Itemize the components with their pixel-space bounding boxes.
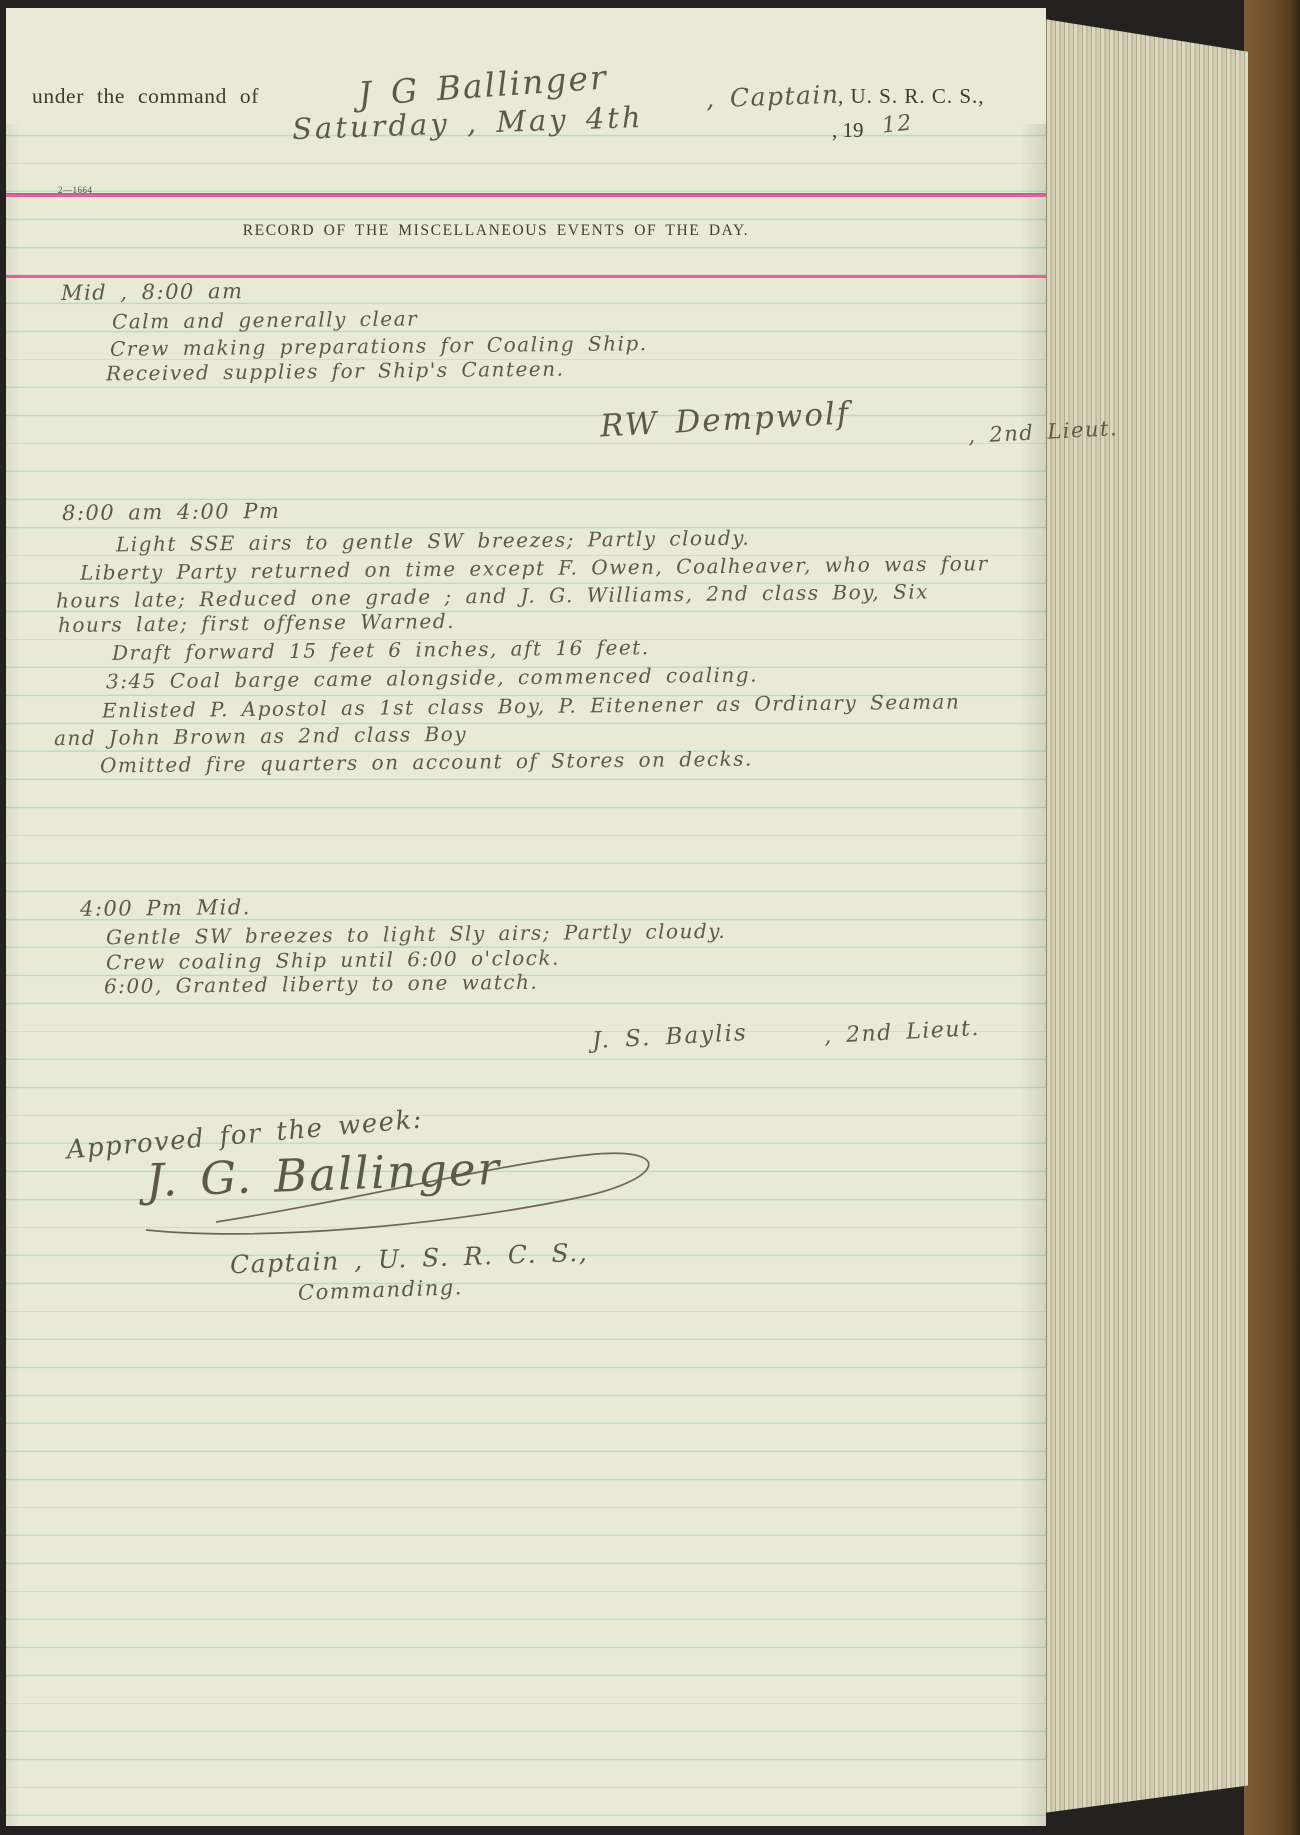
logbook-page: under the command of J G Ballinger , Cap…	[6, 8, 1046, 1826]
book-binding-edge	[1244, 0, 1300, 1835]
printed-command-label: under the command of	[32, 84, 259, 109]
log-line: Crew making preparations for Coaling Shi…	[110, 331, 648, 361]
rank-captain-handwritten: , Captain	[706, 80, 840, 114]
log-line: Received supplies for Ship's Canteen.	[106, 357, 565, 386]
officer-signature: RW Dempwolf	[599, 395, 851, 444]
officer-rank: , 2nd Lieut.	[823, 1016, 980, 1049]
log-line: hours late; first offense Warned.	[58, 609, 455, 637]
log-line: 6:00, Granted liberty to one watch.	[104, 970, 538, 999]
log-line: Light SSE airs to gentle SW breezes; Par…	[116, 526, 750, 557]
approval-signature: J. G. Ballinger	[145, 1142, 502, 1207]
service-printed: , U. S. R. C. S.,	[838, 84, 985, 109]
logbook-scan: under the command of J G Ballinger , Cap…	[0, 0, 1300, 1835]
log-line: Draft forward 15 feet 6 inches, aft 16 f…	[112, 635, 650, 665]
officer-signature: J. S. Baylis	[591, 1020, 748, 1054]
log-line: Omitted fire quarters on account of Stor…	[100, 747, 753, 778]
section-title: RECORD OF THE MISCELLANEOUS EVENTS OF TH…	[6, 222, 1046, 240]
watch-period: 8:00 am 4:00 Pm	[62, 499, 281, 525]
approval-commanding: Commanding.	[298, 1275, 464, 1305]
log-line: Calm and generally clear	[112, 306, 418, 333]
year-printed-prefix: , 19	[832, 118, 864, 143]
log-line: Gentle SW breezes to light Sly airs; Par…	[106, 919, 726, 949]
watch-period: 4:00 Pm Mid.	[80, 895, 251, 921]
pink-rule-bottom	[6, 275, 1046, 278]
log-line: 3:45 Coal barge came alongside, commence…	[106, 663, 758, 694]
watch-period: Mid , 8:00 am	[61, 279, 244, 305]
log-line: Enlisted P. Apostol as 1st class Boy, P.…	[102, 690, 961, 723]
form-number: 2—1664	[58, 185, 93, 195]
pink-rule-top	[6, 193, 1046, 197]
log-line: hours late; Reduced one grade ; and J. G…	[56, 579, 929, 612]
approval-rank-line: Captain , U. S. R. C. S.,	[230, 1238, 589, 1279]
year-handwritten: 12	[881, 110, 914, 138]
page-stack-edge	[1046, 12, 1248, 1818]
log-line: and John Brown as 2nd class Boy	[54, 722, 467, 750]
